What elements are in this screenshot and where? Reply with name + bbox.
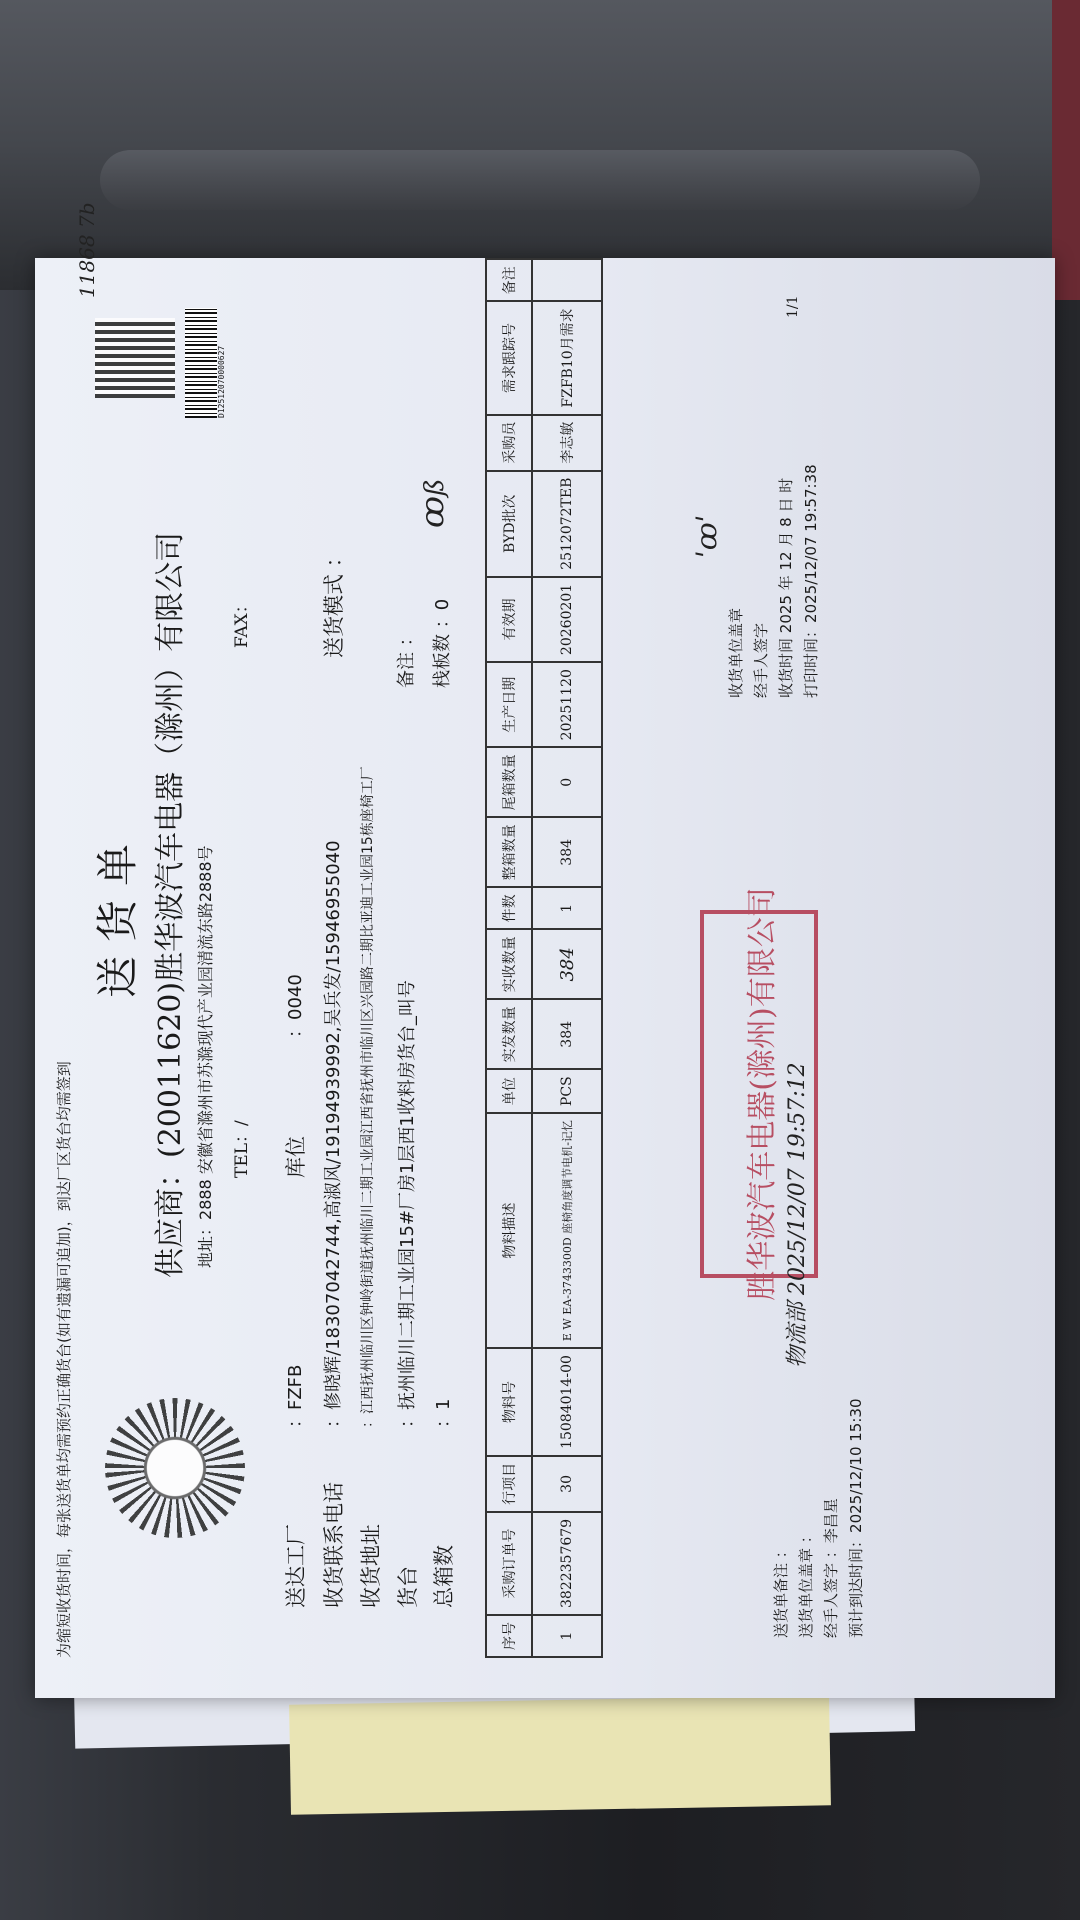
qr-code-icon	[95, 318, 175, 398]
table-cell: 15084014-00	[532, 1348, 602, 1456]
contact-value: ：修晓辉/18307042744,高淑风/19194939992,吴兵发/159…	[319, 840, 345, 1428]
table-cell: 384	[532, 817, 602, 887]
notice-text: 为缩短收货时间，每张送货单均需预约正确货台(如有遗漏可追加)，到达厂区货台均需签…	[55, 1061, 73, 1658]
column-header: 单位	[486, 1069, 532, 1113]
stamp-signature: 物流部 2025/12/07 19:57:12	[780, 1062, 811, 1368]
column-header: 备注	[486, 259, 532, 301]
location-label: 库位	[280, 1136, 310, 1178]
contact-label: 收货联系电话	[318, 1482, 348, 1608]
column-header: 采购员	[486, 415, 532, 471]
table-cell: FZFB10月需求	[532, 301, 602, 414]
column-header: 生产日期	[486, 662, 532, 747]
car-seat-background	[0, 0, 1080, 290]
receiver-signature: ꞌꝏꞌ	[690, 515, 723, 558]
table-cell	[532, 259, 602, 301]
column-header: 物料号	[486, 1348, 532, 1456]
tel: TEL：/	[227, 1120, 252, 1178]
table-cell: 20260201	[532, 577, 602, 662]
column-header: 采购订单号	[486, 1512, 532, 1615]
column-header: 需求跟踪号	[486, 301, 532, 414]
column-header: 行项目	[486, 1456, 532, 1512]
sender-remark-label: 送货单备注 ：	[770, 1543, 791, 1638]
table-cell: 李志敏	[532, 415, 602, 471]
boxes-label: 总箱数	[428, 1545, 458, 1608]
receiver-stamp-label: 收货单位盖章	[725, 608, 746, 698]
table-cell: 384	[532, 999, 602, 1069]
table-cell: 384	[532, 929, 602, 999]
pallets-label: 栈板数 ：0	[428, 599, 454, 688]
column-header: 实发数量	[486, 999, 532, 1069]
remark-label: 备注 ：	[392, 628, 418, 688]
column-header: 整箱数量	[486, 817, 532, 887]
handwritten-initials: ꝏß	[413, 479, 451, 528]
delivery-note: 为缩短收货时间，每张送货单均需预约正确货台(如有遗漏可追加)，到达厂区货台均需签…	[35, 258, 1055, 1698]
fax: FAX：	[227, 596, 252, 648]
plant-value: ：FZFB	[281, 1365, 307, 1428]
print-time: 打印时间：2025/12/07 19:57:38	[800, 464, 821, 698]
address-value: ：江西抚州临川区钟岭街道抚州临川二期工业园江西省抚州市临川区兴园路二期比亚迪工业…	[357, 766, 377, 1428]
eta: 预计到达时间：2025/12/10 15:30	[845, 1399, 866, 1638]
supplier: 供应商：(20011620)胜华波汽车电器（滁州）有限公司	[145, 532, 189, 1278]
table-cell: 2512072TEB	[532, 471, 602, 577]
barcode-icon: D12512070000627	[185, 308, 226, 418]
table-cell: 0	[532, 747, 602, 817]
table-cell: 3822357679	[532, 1512, 602, 1615]
red-seat-edge	[1052, 0, 1080, 300]
sender-stamp-label: 送货单位盖章 ：	[795, 1528, 816, 1638]
boxes-value: ：1	[429, 1399, 455, 1428]
seat-crease	[100, 150, 980, 210]
table-cell: PCS	[532, 1069, 602, 1113]
table-cell: 30	[532, 1456, 602, 1512]
mini-program-qr-icon	[105, 1398, 245, 1538]
table-body: 138223576793015084014-00E W EA-3743300D …	[532, 259, 602, 1657]
receiver-time: 收货时间 2025 年 12 月 8 日 时	[775, 478, 796, 698]
delivery-mode-label: 送货模式 ：	[318, 546, 348, 658]
table-cell: E W EA-3743300D 座椅角度调节电机-记忆	[532, 1113, 602, 1348]
plant-label: 送达工厂	[280, 1524, 310, 1608]
location-value: ：0040	[281, 974, 307, 1038]
receiver-signer-label: 经手人签字	[750, 623, 771, 698]
column-header: 尾箱数量	[486, 747, 532, 817]
items-table: 序号采购订单号行项目物料号物料描述单位实发数量实收数量件数整箱数量尾箱数量生产日…	[485, 258, 603, 1658]
yellow-carbon-copy	[289, 1695, 831, 1814]
column-header: 物料描述	[486, 1113, 532, 1348]
column-header: 序号	[486, 1615, 532, 1657]
column-header: BYD批次	[486, 471, 532, 577]
table-cell: 1	[532, 887, 602, 929]
table-row: 138223576793015084014-00E W EA-3743300D …	[532, 259, 602, 1657]
dock-label: 货台	[392, 1566, 422, 1608]
sender-signer: 经手人签字 ：李昌星	[820, 1498, 841, 1638]
table-header-row: 序号采购订单号行项目物料号物料描述单位实发数量实收数量件数整箱数量尾箱数量生产日…	[486, 259, 532, 1657]
document-title: 送货单	[85, 830, 145, 998]
column-header: 实收数量	[486, 929, 532, 999]
page-number: 1/1	[785, 295, 801, 318]
column-header: 有效期	[486, 577, 532, 662]
handwritten-ref: 11868 7b	[75, 202, 99, 298]
supplier-address: 地址：2888 安徽省滁州市苏滁现代产业园清流东路2888号	[193, 845, 216, 1268]
address-label: 收货地址	[355, 1524, 385, 1608]
table-cell: 1	[532, 1615, 602, 1657]
table-cell: 20251120	[532, 662, 602, 747]
column-header: 件数	[486, 887, 532, 929]
dock-value: ：抚州临川二期工业园15#厂房1层西1收料房货台_叫号	[393, 980, 419, 1428]
